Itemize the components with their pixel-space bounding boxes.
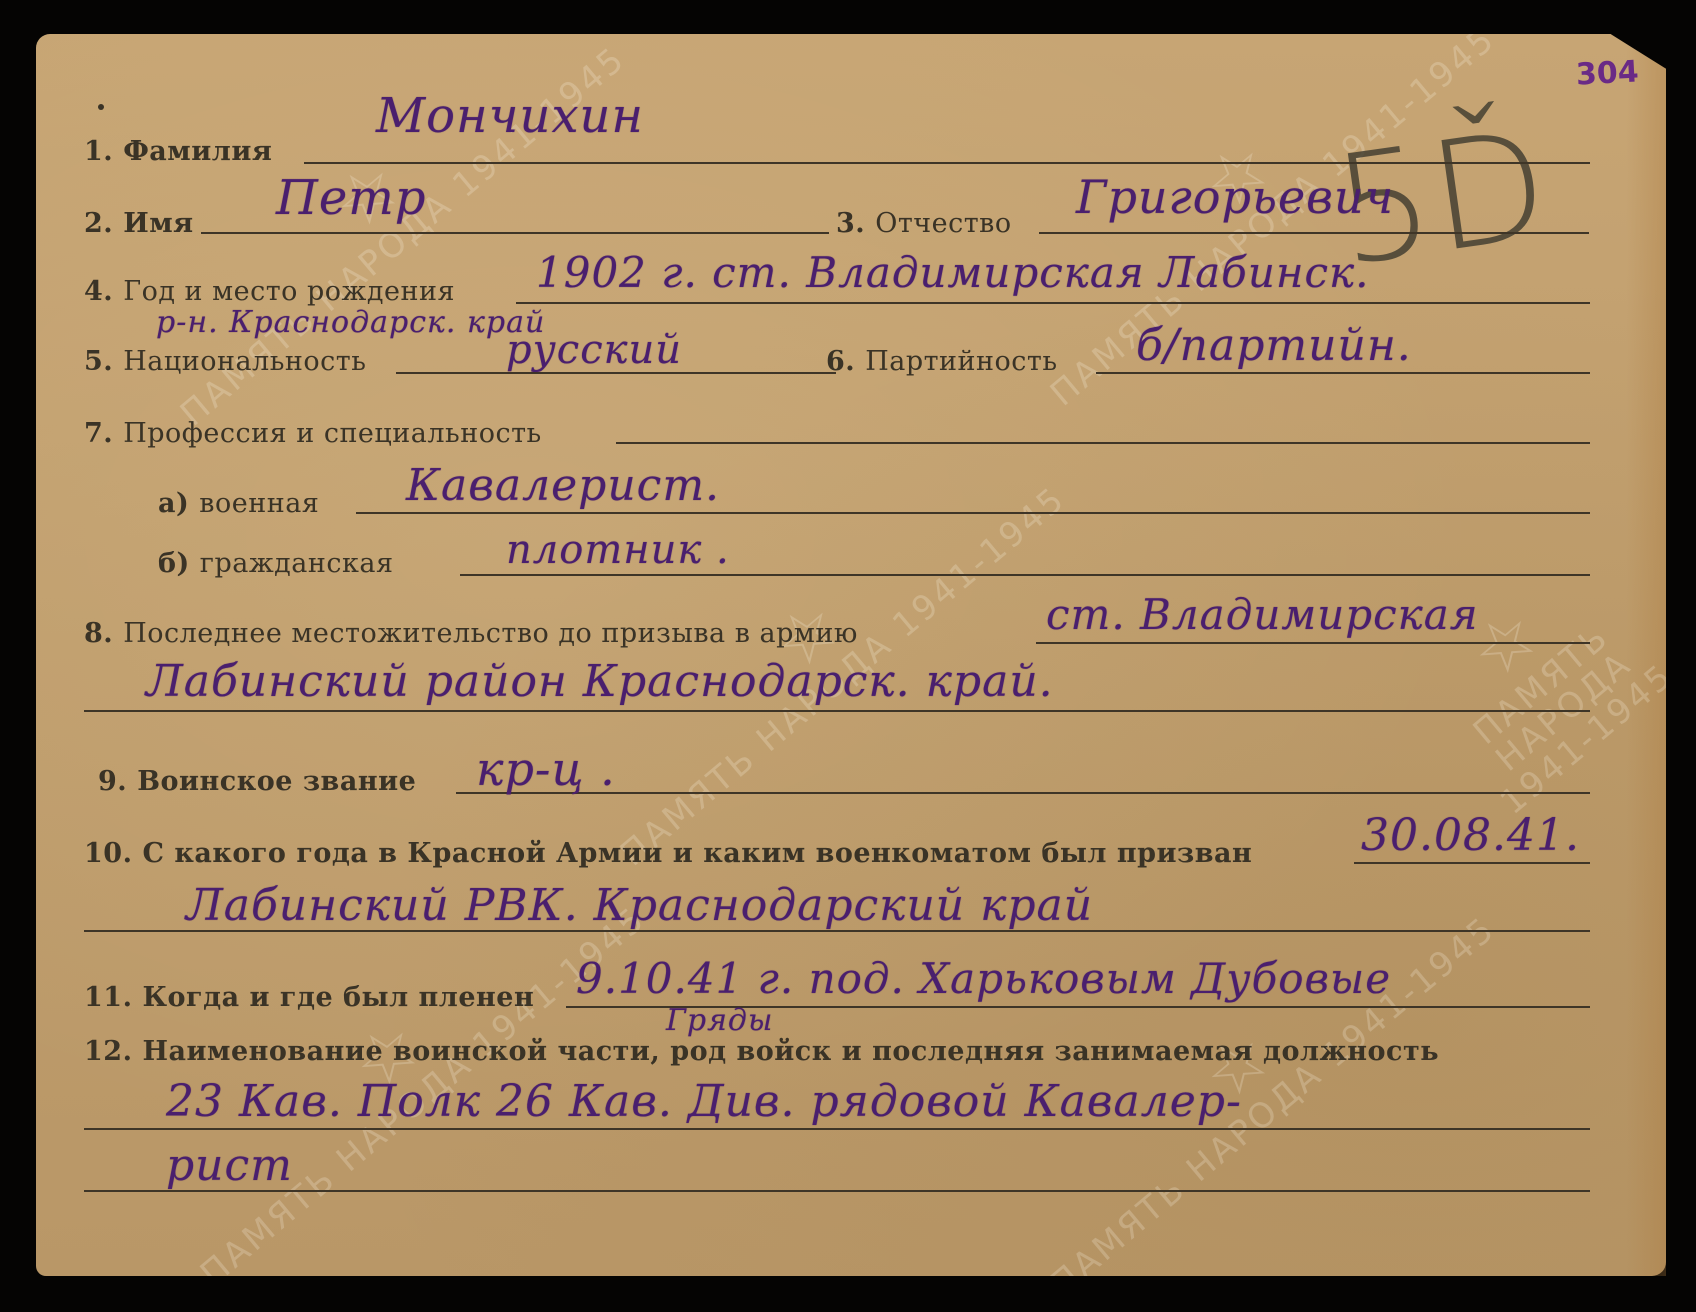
field-label-birth: 4.Год и место рождения — [84, 278, 455, 305]
field-label-profession: 7.Профессия и специальность — [84, 420, 542, 447]
registration-card: ☆ПАМЯТЬ НАРОДА 1941-1945 ☆ПАМЯТЬ НАРОДА … — [36, 34, 1666, 1276]
field-value-residence: ст. Владимирская — [1046, 594, 1479, 636]
field-label-captured: 11.Когда и где был пленен — [84, 984, 534, 1011]
field-value-rank: кр-ц . — [476, 746, 616, 792]
field-value-captured-line2: Гряды — [666, 1006, 773, 1036]
field-label-surname: 1.Фамилия — [84, 138, 272, 165]
field-line — [1036, 642, 1590, 644]
field-line — [456, 792, 1590, 794]
field-line — [1039, 232, 1589, 234]
field-value-birth: 1902 г. ст. Владимирская Лабинск. — [536, 252, 1369, 294]
field-value-nationality: русский — [506, 330, 682, 370]
field-line — [84, 1190, 1590, 1192]
field-value-patronymic: Григорьевич — [1076, 174, 1394, 220]
field-line — [460, 574, 1590, 576]
field-line — [304, 162, 1590, 164]
field-label-military-profession: а)военная — [158, 490, 319, 517]
field-value-conscription-date: 30.08.41. — [1361, 814, 1580, 858]
field-line — [616, 442, 1590, 444]
field-line — [1096, 372, 1590, 374]
field-line — [356, 512, 1590, 514]
field-label-unit: 12.Наименование воинской части, род войс… — [84, 1038, 1439, 1065]
field-value-civil-profession: плотник . — [506, 530, 730, 570]
field-label-rank: 9.Воинское звание — [98, 768, 416, 795]
field-value-unit-line2: рист — [166, 1144, 293, 1188]
field-label-civil-profession: б)гражданская — [158, 550, 394, 577]
field-value-birth-line2: р-н. Краснодарск. край — [156, 308, 545, 338]
field-line — [84, 710, 1590, 712]
field-label-residence: 8.Последнее местожительство до призыва в… — [84, 620, 858, 647]
ink-speck — [98, 104, 104, 110]
field-value-residence-line2: Лабинский район Краснодарск. край. — [146, 660, 1054, 704]
field-value-unit: 23 Кав. Полк 26 Кав. Див. рядовой Кавале… — [166, 1080, 1242, 1124]
field-value-surname: Мончихин — [376, 92, 644, 140]
field-value-name: Петр — [276, 174, 427, 222]
field-label-party: 6.Партийность — [826, 348, 1058, 375]
field-label-conscription: 10.С какого года в Красной Армии и каким… — [84, 840, 1252, 867]
field-value-military-profession: Кавалерист. — [406, 464, 720, 508]
field-value-captured: 9.10.41 г. под. Харьковым Дубовые — [576, 958, 1391, 1000]
field-line — [1354, 862, 1590, 864]
field-line — [84, 1128, 1590, 1130]
field-label-name: 2.Имя — [84, 210, 194, 237]
archive-number: 304 — [1575, 54, 1639, 92]
field-value-conscription-office: Лабинский РВК. Краснодарский край — [186, 884, 1093, 928]
field-label-patronymic: 3.Отчество — [836, 210, 1012, 237]
field-line — [516, 302, 1590, 304]
field-label-nationality: 5.Национальность — [84, 348, 366, 375]
field-value-party: б/партийн. — [1136, 324, 1412, 368]
field-line — [201, 232, 829, 234]
